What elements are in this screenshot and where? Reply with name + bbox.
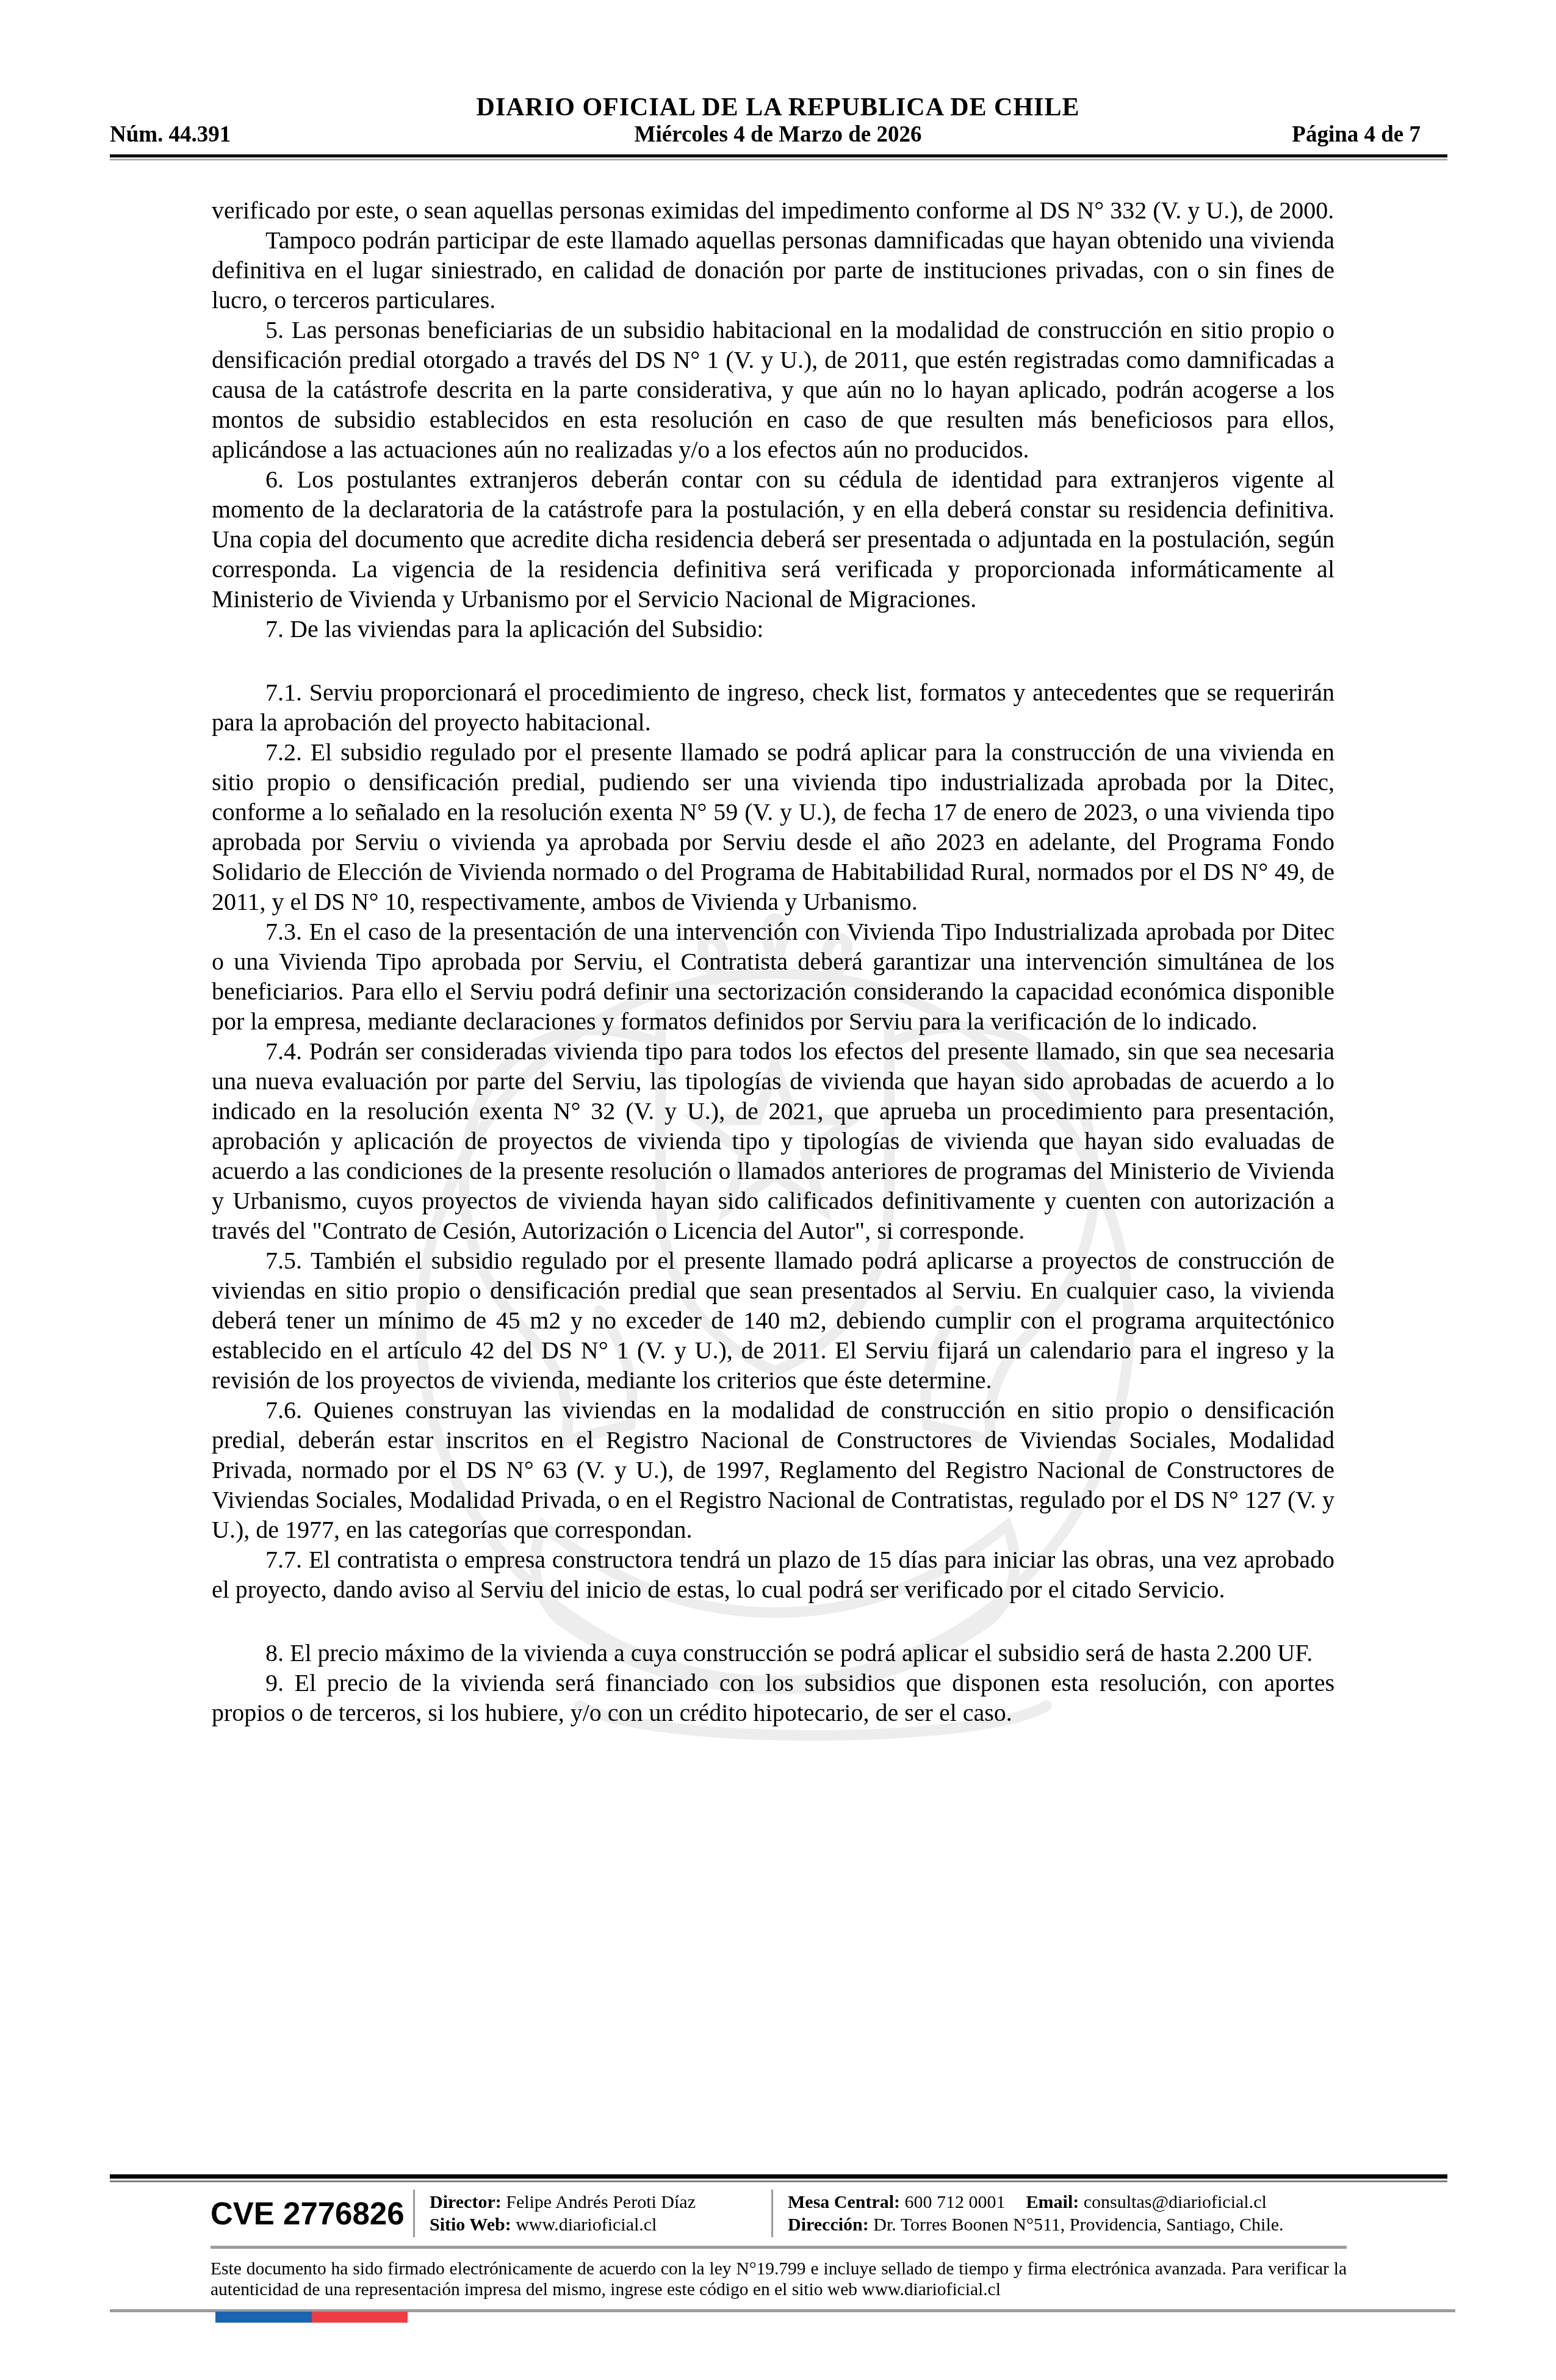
header-rule: [110, 154, 1447, 157]
footer-rule: [110, 2174, 1447, 2179]
director-line: Director: Felipe Andrés Peroti Díaz: [430, 2191, 771, 2213]
body-paragraph: 7.5. También el subsidio regulado por el…: [212, 1246, 1334, 1395]
mesa-central-line: Mesa Central: 600 712 0001Email: consult…: [788, 2191, 1284, 2213]
footer-gray-rule-top: [211, 2246, 1347, 2249]
director-label: Director:: [430, 2192, 502, 2212]
director-column: Director: Felipe Andrés Peroti Díaz Siti…: [415, 2191, 771, 2236]
legal-notice: Este documento ha sido firmado electróni…: [211, 2259, 1347, 2300]
contact-column: Mesa Central: 600 712 0001Email: consult…: [773, 2191, 1284, 2236]
footer-rule-shadow: [110, 2180, 1447, 2182]
email-value: consultas@diarioficial.cl: [1084, 2192, 1267, 2212]
direccion-label: Dirección:: [788, 2215, 869, 2235]
masthead-row: Núm. 44.391 Miércoles 4 de Marzo de 2026…: [0, 121, 1556, 151]
email-label: Email:: [1026, 2192, 1079, 2212]
page-indicator: Página 4 de 7: [1292, 121, 1421, 148]
body-paragraph: 7. De las viviendas para la aplicación d…: [212, 614, 1334, 644]
newspaper-title: DIARIO OFICIAL DE LA REPUBLICA DE CHILE: [0, 93, 1556, 122]
body-paragraph: 7.1. Serviu proporcionará el procedimien…: [212, 677, 1334, 737]
sitio-web-value: www.diarioficial.cl: [516, 2215, 657, 2235]
sitio-web-line: Sitio Web: www.diarioficial.cl: [430, 2213, 771, 2236]
header-rule-shadow: [110, 159, 1447, 160]
chile-flag-red-bar: [312, 2312, 408, 2323]
director-value: Felipe Andrés Peroti Díaz: [506, 2192, 696, 2212]
mesa-central-label: Mesa Central:: [788, 2192, 900, 2212]
body-paragraph: 7.3. En el caso de la presentación de un…: [212, 917, 1334, 1036]
body-paragraph: 7.7. El contratista o empresa constructo…: [212, 1545, 1334, 1604]
body-paragraph: 8. El precio máximo de la vivienda a cuy…: [212, 1638, 1334, 1668]
mesa-central-value: 600 712 0001: [905, 2192, 1006, 2212]
body-paragraph: Tampoco podrán participar de este llamad…: [212, 225, 1334, 315]
cve-band: CVE 2776826 Director: Felipe Andrés Pero…: [211, 2187, 1370, 2240]
sitio-web-label: Sitio Web:: [430, 2215, 511, 2235]
document-body: verificado por este, o sean aquellas per…: [212, 195, 1334, 1728]
body-paragraph: 9. El precio de la vivienda será financi…: [212, 1668, 1334, 1728]
body-paragraph: 7.6. Quienes construyan las viviendas en…: [212, 1395, 1334, 1545]
body-paragraph: 7.2. El subsidio regulado por el present…: [212, 737, 1334, 917]
direccion-line: Dirección: Dr. Torres Boonen N°511, Prov…: [788, 2213, 1284, 2236]
document-page: DIARIO OFICIAL DE LA REPUBLICA DE CHILE …: [0, 0, 1556, 2380]
body-paragraph: 5. Las personas beneficiarias de un subs…: [212, 315, 1334, 464]
body-paragraph: 6. Los postulantes extranjeros deberán c…: [212, 464, 1334, 614]
chile-flag-blue-bar: [215, 2312, 312, 2323]
cve-code: CVE 2776826: [211, 2196, 413, 2232]
direccion-value: Dr. Torres Boonen N°511, Providencia, Sa…: [873, 2215, 1283, 2235]
body-paragraph: verificado por este, o sean aquellas per…: [212, 195, 1334, 225]
body-paragraph: 7.4. Podrán ser consideradas vivienda ti…: [212, 1036, 1334, 1246]
